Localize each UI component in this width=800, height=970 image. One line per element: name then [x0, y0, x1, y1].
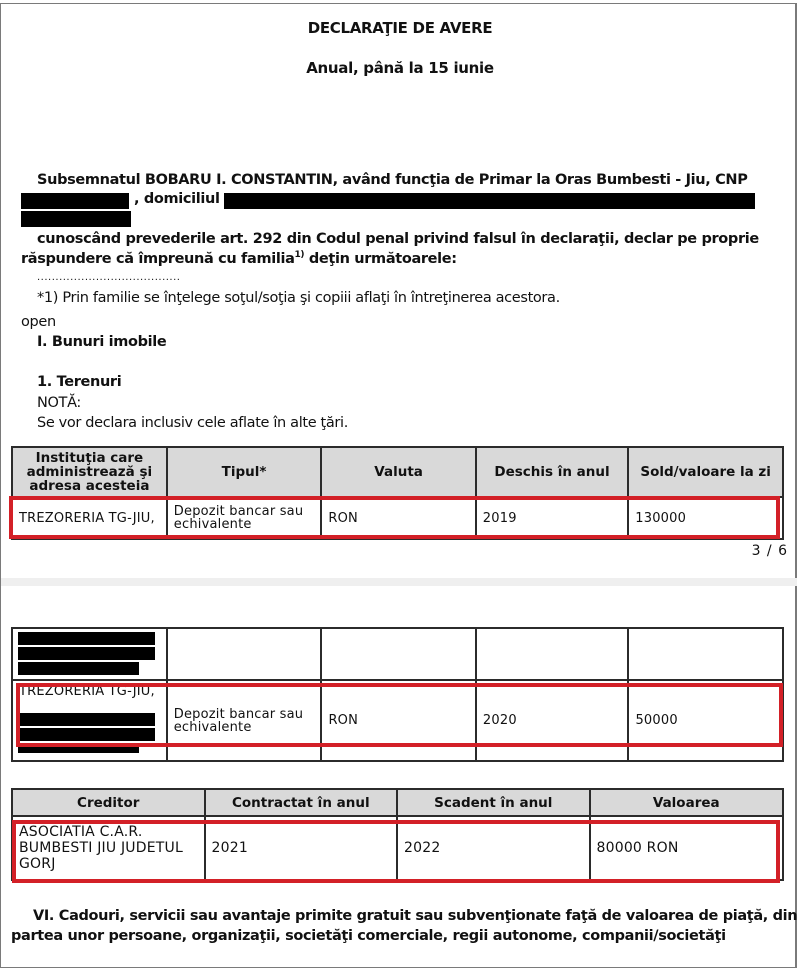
cell-creditor: ASOCIATIA C.A.R. BUMBESTI JIU JUDETUL GO… — [12, 816, 205, 880]
document-subtitle: Anual, până la 15 iunie — [0, 59, 800, 77]
footnote: *1) Prin familie se înţelege soţul/soţia… — [37, 290, 560, 306]
column-header-type: Tipul* — [167, 447, 322, 497]
cell-type: Depozit bancar sau echivalente — [167, 680, 322, 761]
table-row: ASOCIATIA C.A.R. BUMBESTI JIU JUDETUL GO… — [12, 816, 783, 880]
redacted-institution — [18, 632, 155, 645]
dotted-placeholder: ....................................... — [37, 272, 180, 283]
cell-value: 80000 RON — [590, 816, 784, 880]
cell-year: 2020 — [476, 680, 629, 761]
column-header-currency: Valuta — [321, 447, 475, 497]
table-row: TREZORERIA TG-JIU, Depozit bancar sau ec… — [12, 497, 783, 539]
column-header-balance: Sold/valoare la zi — [628, 447, 783, 497]
table-header-row: Creditor Contractat în anul Scadent în a… — [12, 789, 783, 816]
column-header-due-year: Scadent în anul — [397, 789, 589, 816]
declaration-line-2: răspundere că împreună cu familia1) deţi… — [21, 250, 457, 267]
cell-currency: RON — [321, 680, 475, 761]
column-header-contracted-year: Contractat în anul — [205, 789, 398, 816]
debts-table: Creditor Contractat în anul Scadent în a… — [11, 788, 784, 881]
redacted-address — [18, 728, 155, 741]
nota-text: Se vor declara inclusiv cele aflate în a… — [37, 415, 348, 431]
column-header-value: Valoarea — [590, 789, 784, 816]
declaration-text-end: deţin următoarele: — [304, 251, 457, 267]
redacted-address-cont — [21, 211, 131, 227]
domiciliu-label: , domiciliul — [134, 191, 220, 207]
column-header-creditor: Creditor — [12, 789, 205, 816]
open-label: open — [21, 314, 56, 330]
redacted-address — [18, 743, 139, 753]
subsection-heading: 1. Terenuri — [37, 374, 121, 390]
cell-balance — [628, 628, 783, 680]
redacted-address — [224, 193, 755, 209]
declaration-line-1: cunoscând prevederile art. 292 din Codul… — [37, 231, 759, 247]
redacted-cnp — [21, 193, 129, 209]
cell-year — [476, 628, 629, 680]
page-number: 3 / 6 — [752, 543, 788, 559]
cell-contracted-year: 2021 — [205, 816, 398, 880]
column-header-institution: Instituţia care administrează şi adresa … — [12, 447, 167, 497]
redacted-address — [18, 713, 155, 726]
page-break — [1, 578, 797, 586]
cell-year: 2019 — [476, 497, 628, 539]
cell-balance: 130000 — [628, 497, 783, 539]
cell-currency: RON — [321, 497, 475, 539]
column-header-opened-year: Deschis în anul — [476, 447, 628, 497]
redacted-institution — [18, 662, 139, 675]
cell-type: Depozit bancar sau echivalente — [167, 497, 322, 539]
section-heading-1: I. Bunuri imobile — [37, 334, 166, 350]
intro-line: Subsemnatul BOBARU I. CONSTANTIN, având … — [37, 172, 747, 188]
cell-currency — [321, 628, 475, 680]
section-heading-6: VI. Cadouri, servicii sau avantaje primi… — [33, 908, 797, 924]
nota-label: NOTĂ: — [37, 395, 81, 411]
cell-institution: TREZORERIA TG-JIU, — [12, 497, 167, 539]
redacted-institution — [18, 647, 155, 660]
declaration-text: răspundere că împreună cu familia — [21, 251, 295, 267]
footnote-ref: 1) — [295, 250, 305, 260]
cell-balance: 50000 — [628, 680, 783, 761]
document-title: DECLARAŢIE DE AVERE — [0, 19, 800, 37]
cell-type — [167, 628, 322, 680]
cell-due-year: 2022 — [397, 816, 589, 880]
accounts-table: Instituţia care administrează şi adresa … — [11, 446, 784, 540]
section-heading-6-cont: partea unor persoane, organizaţii, socie… — [11, 928, 726, 944]
table-header-row: Instituţia care administrează şi adresa … — [12, 447, 783, 497]
